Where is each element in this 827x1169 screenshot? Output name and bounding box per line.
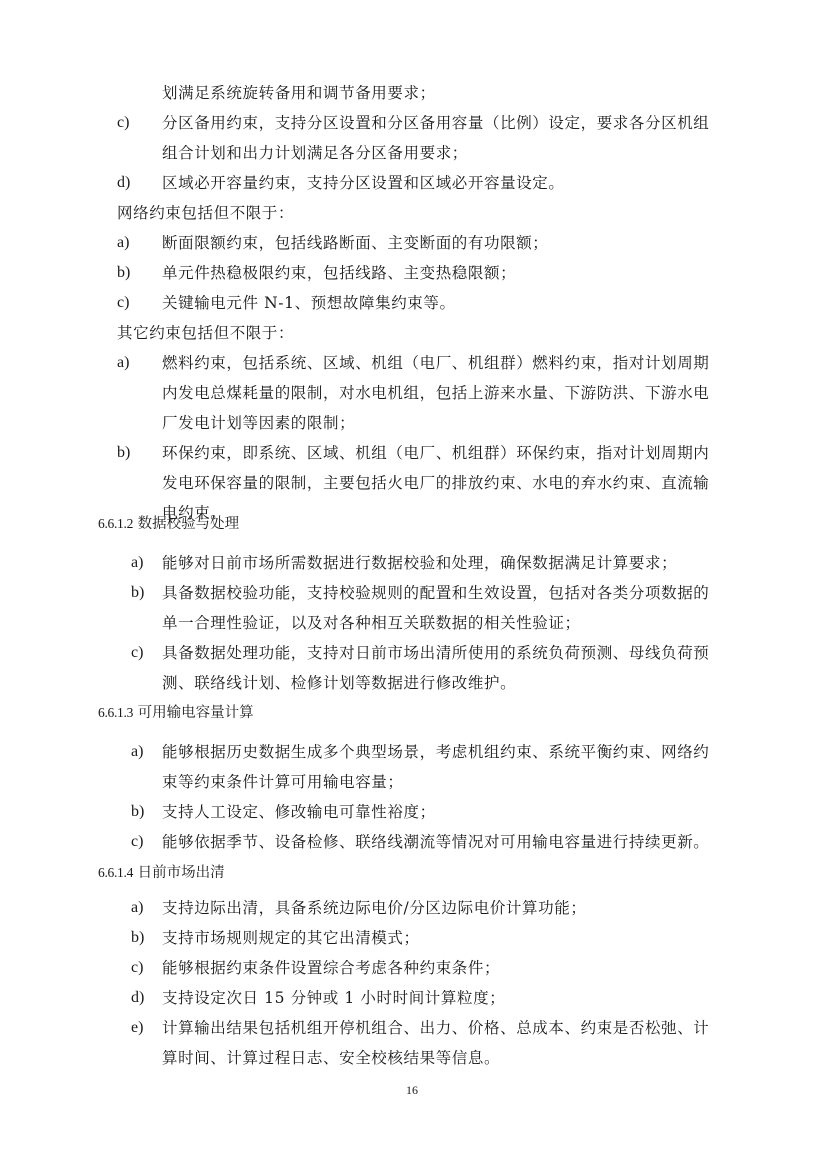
page-number: 16 [406, 1083, 418, 1098]
list-marker: c) [117, 113, 129, 133]
list-item-text: 支持人工设定、修改输电可靠性裕度； [162, 802, 436, 822]
list-item-text: 环保约束，即系统、区域、机组（电厂、机组群）环保约束，指对计划周期内 [162, 443, 709, 463]
list-marker: d) [131, 988, 144, 1008]
list-item-text: 计算输出结果包括机组开停机组合、出力、价格、总成本、约束是否松弛、计 [162, 1018, 709, 1038]
list-marker: b) [131, 802, 144, 822]
section-heading: 6.6.1.3 可用输电容量计算 [98, 703, 254, 723]
paragraph-text: 其它约束包括但不限于： [117, 323, 294, 343]
continued-text: 划满足系统旋转备用和调节备用要求； [162, 83, 436, 103]
list-item-text: 能够根据约束条件设置综合考虑各种约束条件； [162, 958, 500, 978]
list-marker: e) [131, 1018, 143, 1038]
list-item-text: 支持边际出清，具备系统边际电价/分区边际电价计算功能； [162, 898, 586, 918]
list-marker: a) [131, 742, 143, 762]
list-marker: a) [117, 353, 129, 373]
list-marker: b) [117, 263, 130, 283]
list-item-text: 断面限额约束，包括线路断面、主变断面的有功限额； [162, 233, 548, 253]
list-marker: a) [131, 553, 143, 573]
list-item-text: 单元件热稳极限约束，包括线路、主变热稳限额； [162, 263, 516, 283]
paragraph-text: 网络约束包括但不限于： [117, 203, 294, 223]
list-item-text: 具备数据校验功能，支持校验规则的配置和生效设置，包括对各类分项数据的 [162, 583, 709, 603]
list-marker: b) [117, 443, 130, 463]
list-marker: c) [117, 293, 129, 313]
list-marker: d) [117, 173, 130, 193]
list-item-text: 能够依据季节、设备检修、联络线潮流等情况对可用输电容量进行持续更新。 [162, 832, 709, 852]
section-title: 日前市场出清 [138, 865, 225, 881]
list-item-text: 单一合理性验证，以及对各种相互关联数据的相关性验证； [162, 613, 581, 633]
section-number: 6.6.1.2 [98, 516, 133, 531]
document-page: 划满足系统旋转备用和调节备用要求；c)分区备用约束，支持分区设置和分区备用容量（… [0, 0, 827, 1169]
section-title: 可用输电容量计算 [138, 705, 254, 721]
list-item-text: 组合计划和出力计划满足各分区备用要求； [162, 143, 468, 163]
list-item-text: 具备数据处理功能，支持对日前市场出清所使用的系统负荷预测、母线负荷预 [162, 643, 709, 663]
list-marker: b) [131, 928, 144, 948]
list-item-text: 支持市场规则规定的其它出清模式； [162, 928, 420, 948]
list-item-text: 测、联络线计划、检修计划等数据进行修改维护。 [162, 673, 516, 693]
list-item-text: 厂发电计划等因素的限制； [162, 413, 355, 433]
list-item-text: 能够根据历史数据生成多个典型场景，考虑机组约束、系统平衡约束、网络约 [162, 742, 709, 762]
list-item-text: 发电环保容量的限制，主要包括火电厂的排放约束、水电的弃水约束、直流输 [162, 473, 709, 493]
section-number: 6.6.1.3 [98, 705, 133, 720]
list-item-text: 燃料约束，包括系统、区域、机组（电厂、机组群）燃料约束，指对计划周期 [162, 353, 709, 373]
list-marker: c) [131, 832, 143, 852]
list-marker: c) [131, 643, 143, 663]
list-item-text: 算时间、计算过程日志、安全校核结果等信息。 [162, 1048, 500, 1068]
list-marker: a) [117, 233, 129, 253]
section-heading: 6.6.1.4 日前市场出清 [98, 863, 225, 883]
list-item-text: 内发电总煤耗量的限制，对水电机组，包括上游来水量、下游防洪、下游水电 [162, 383, 709, 403]
list-item-text: 束等约束条件计算可用输电容量； [162, 772, 404, 792]
list-item-text: 支持设定次日 15 分钟或 1 小时时间计算粒度； [162, 988, 505, 1008]
list-item-text: 能够对日前市场所需数据进行数据校验和处理，确保数据满足计算要求； [162, 553, 677, 573]
list-marker: b) [131, 583, 144, 603]
list-item-text: 关键输电元件 N-1、预想故障集约束等。 [162, 293, 456, 313]
list-marker: a) [131, 898, 143, 918]
list-marker: c) [131, 958, 143, 978]
section-number: 6.6.1.4 [98, 865, 133, 880]
section-heading: 6.6.1.2 数据校验与处理 [98, 514, 239, 534]
list-item-text: 区域必开容量约束，支持分区设置和区域必开容量设定。 [162, 173, 565, 193]
list-item-text: 分区备用约束，支持分区设置和分区备用容量（比例）设定，要求各分区机组 [162, 113, 709, 133]
section-title: 数据校验与处理 [138, 516, 240, 532]
